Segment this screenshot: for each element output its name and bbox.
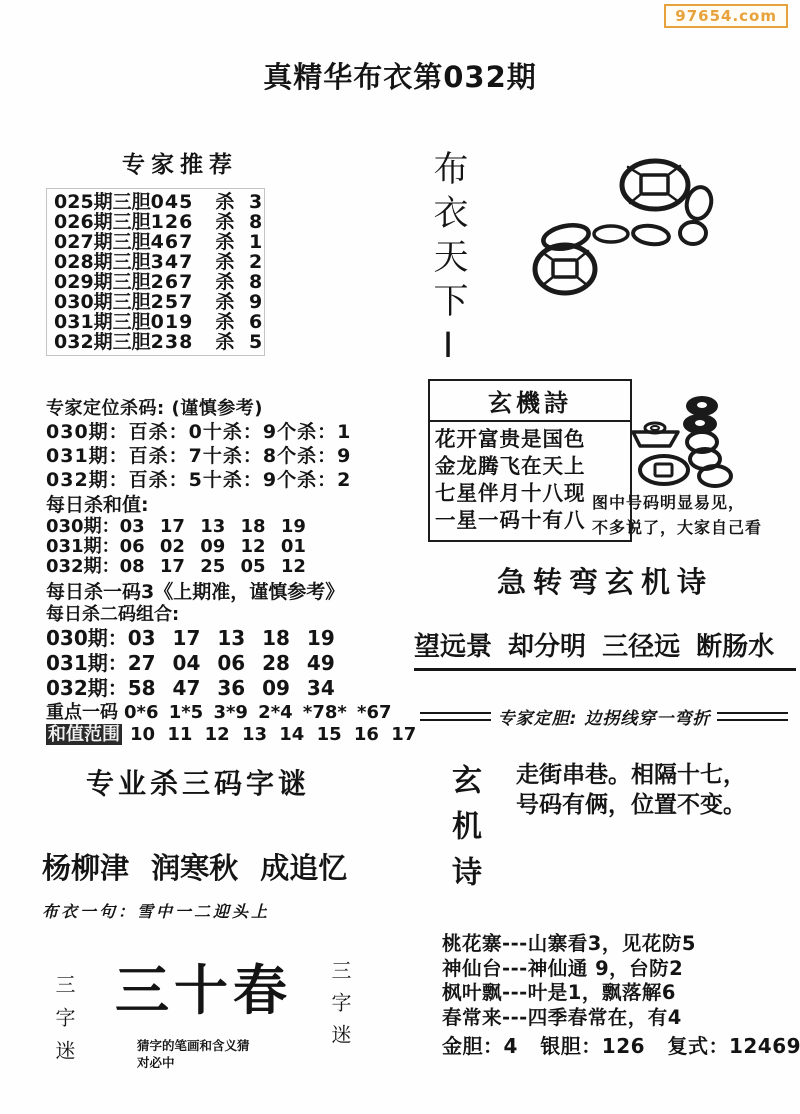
page-title: 真精华布衣第032期 — [0, 55, 800, 96]
period-label: 032期三胆 — [54, 332, 151, 352]
sum-kill-row: 032期：08 17 25 05 12 — [46, 557, 386, 577]
three-char-riddle-group: 三字迷 三十春 猜字的笔画和含义猜 对必中 三字迷 — [42, 948, 354, 1073]
xuanji-poem-title: 玄機詩 — [430, 381, 630, 422]
sum-range-values: 10 11 12 13 14 15 16 17 — [130, 724, 416, 745]
couplet-line: 号码有俩，位置不变。 — [516, 790, 796, 820]
table-row: 030期三胆257杀 9 — [54, 292, 260, 312]
buyi-sentence: 布衣一句：雪中一二迎头上 — [42, 899, 354, 922]
period-label: 028期三胆 — [54, 252, 151, 272]
table-row: 032期三胆238杀 5 — [54, 332, 260, 352]
kill-row: 030期：百杀：0十杀：9个杀：1 — [46, 420, 386, 444]
riddle-line: 枫叶飘---叶是1，飘落解6 — [442, 981, 800, 1006]
riddle-line: 桃花寨---山寨看3，见花防5 — [442, 932, 800, 957]
coin-oval — [632, 224, 670, 247]
three-code-riddle-line: 杨柳津 润寒秋 成追忆 — [42, 846, 354, 887]
riddle-answers-section: 桃花寨---山寨看3，见花防5 神仙台---神仙通 9，台防2 枫叶飘---叶是… — [442, 932, 800, 1059]
dan-value: 045 — [151, 192, 194, 212]
key-one-code-label: 重点一码 — [46, 702, 118, 723]
xuanji-shi-vertical-label: 玄机诗 — [448, 764, 478, 902]
caption-line: 图中号码明显易见， — [592, 490, 762, 515]
table-row: 031期三胆019杀 6 — [54, 312, 260, 332]
three-char-note: 猜字的笔画和含义猜 对必中 — [137, 1037, 292, 1071]
gold-ingot — [633, 423, 678, 446]
buyi-tianxia-title: 布衣天下I — [430, 150, 465, 375]
dan-value: 126 — [151, 212, 194, 232]
coin-drawing-top — [520, 154, 752, 332]
period-label: 030期三胆 — [54, 292, 151, 312]
xuanji-shi-couplet: 走街串巷。相隔十七， 号码有俩，位置不变。 — [516, 760, 796, 820]
caption-line: 不多说了，大家自己看 — [592, 515, 762, 540]
dan-value: 238 — [151, 332, 194, 352]
two-code-header: 每日杀二码组合: — [46, 604, 386, 626]
expert-recommend-section: 专家推荐 025期三胆045杀 3 026期三胆126杀 8 027期三胆467… — [46, 146, 346, 356]
sum-range-line: 和值范围10 11 12 13 14 15 16 17 — [46, 724, 386, 746]
table-row: 028期三胆347杀 2 — [54, 252, 260, 272]
period-label: 025期三胆 — [54, 192, 151, 212]
positional-kill-section: 专家定位杀码: (谨慎参考) 030期：百杀：0十杀：9个杀：1 031期：百杀… — [46, 394, 386, 746]
expert-dan-text: 专家定胆: 边拐线穿一弯折 — [498, 704, 711, 729]
watermark-badge: 97654.com — [664, 4, 788, 28]
sharp-turn-title: 急转弯玄机诗 — [420, 560, 790, 601]
coin-oval — [680, 222, 706, 244]
coin-dark — [686, 396, 718, 416]
divider-line — [717, 712, 788, 721]
coin-large-top-right — [622, 161, 688, 209]
coin-square-hole — [640, 456, 688, 484]
dan-value: 267 — [151, 272, 194, 292]
three-code-title: 专业杀三码字谜 — [42, 762, 354, 802]
two-code-row: 031期：27 04 06 28 49 — [46, 651, 386, 676]
kill-value: 杀 6 — [193, 312, 266, 332]
kill-value: 杀 8 — [193, 212, 266, 232]
kill-value: 杀 1 — [193, 232, 266, 252]
kill-code-header: 专家定位杀码: (谨慎参考) — [46, 394, 386, 420]
poem-line: 金龙腾飞在天上 — [435, 453, 625, 480]
key-one-code-line: 重点一码0*6 1*5 3*9 2*4 *78* *67 — [46, 702, 386, 724]
three-char-label-right: 三字迷 — [326, 960, 355, 1073]
table-row: 029期三胆267杀 8 — [54, 272, 260, 292]
expert-dan-divider: 专家定胆: 边拐线穿一弯折 — [420, 704, 788, 729]
period-label: 029期三胆 — [54, 272, 151, 292]
sum-kill-row: 030期：03 17 13 18 19 — [46, 517, 386, 537]
gold-silver-dan-line: 金胆：4 银胆：126 复式：12469（3） — [442, 1034, 800, 1059]
kill-row: 031期：百杀：7十杀：8个杀：9 — [46, 444, 386, 468]
dan-value: 347 — [151, 252, 194, 272]
couplet-line: 走街串巷。相隔十七， — [516, 760, 796, 790]
three-char-center: 三十春 猜字的笔画和含义猜 对必中 — [115, 948, 292, 1073]
note-line: 猜字的笔画和含义猜 — [137, 1037, 292, 1054]
key-one-code-values: 0*6 1*5 3*9 2*4 *78* *67 — [124, 702, 392, 723]
poem-line: 花开富贵是国色 — [435, 426, 625, 453]
coin-outline — [699, 466, 731, 486]
coin-stack-caption: 图中号码明显易见， 不多说了，大家自己看 — [592, 490, 762, 540]
dan-value: 257 — [151, 292, 194, 312]
riddle-line: 春常来---四季春常在，有4 — [442, 1006, 800, 1031]
kill-value: 杀 5 — [193, 332, 266, 352]
lottery-sheet-page: 97654.com 真精华布衣第032期 专家推荐 025期三胆045杀 3 0… — [0, 0, 800, 1114]
coin-stack-drawing — [610, 382, 778, 496]
three-char-label-left: 三字迷 — [50, 974, 79, 1073]
three-code-riddle-section: 专业杀三码字谜 杨柳津 润寒秋 成追忆 布衣一句：雪中一二迎头上 三字迷 三十春… — [42, 762, 354, 1073]
kill-value: 杀 2 — [193, 252, 266, 272]
kill-value: 杀 3 — [193, 192, 266, 212]
dan-value: 467 — [151, 232, 194, 252]
three-char-answer: 三十春 — [115, 948, 292, 1025]
two-code-row: 030期：03 17 13 18 19 — [46, 626, 386, 651]
daily-one-code-line: 每日杀一码3《上期准，谨慎参考》 — [46, 580, 386, 604]
table-row: 025期三胆045杀 3 — [54, 192, 260, 212]
expert-recommend-list: 025期三胆045杀 3 026期三胆126杀 8 027期三胆467杀 1 0… — [46, 188, 265, 356]
period-label: 026期三胆 — [54, 212, 151, 232]
note-line: 对必中 — [137, 1054, 292, 1071]
two-code-row: 032期：58 47 36 09 34 — [46, 676, 386, 701]
period-label: 031期三胆 — [54, 312, 151, 332]
kill-row: 032期：百杀：5十杀：9个杀：2 — [46, 468, 386, 492]
coin-oval — [594, 226, 628, 242]
sharp-turn-riddle-line: 望远景 却分明 三径远 断肠水 — [414, 626, 796, 671]
riddle-line: 神仙台---神仙通 9，台防2 — [442, 957, 800, 982]
expert-recommend-title: 专家推荐 — [122, 146, 346, 179]
sum-range-label: 和值范围 — [46, 724, 122, 745]
table-row: 026期三胆126杀 8 — [54, 212, 260, 232]
divider-line — [420, 712, 491, 721]
kill-value: 杀 9 — [193, 292, 266, 312]
daily-sum-kill-header: 每日杀和值: — [46, 493, 386, 517]
kill-value: 杀 8 — [193, 272, 266, 292]
table-row: 027期三胆467杀 1 — [54, 232, 260, 252]
dan-value: 019 — [151, 312, 194, 332]
period-label: 027期三胆 — [54, 232, 151, 252]
sum-kill-row: 031期：06 02 09 12 01 — [46, 537, 386, 557]
coin-large-bottom-left — [535, 245, 595, 293]
